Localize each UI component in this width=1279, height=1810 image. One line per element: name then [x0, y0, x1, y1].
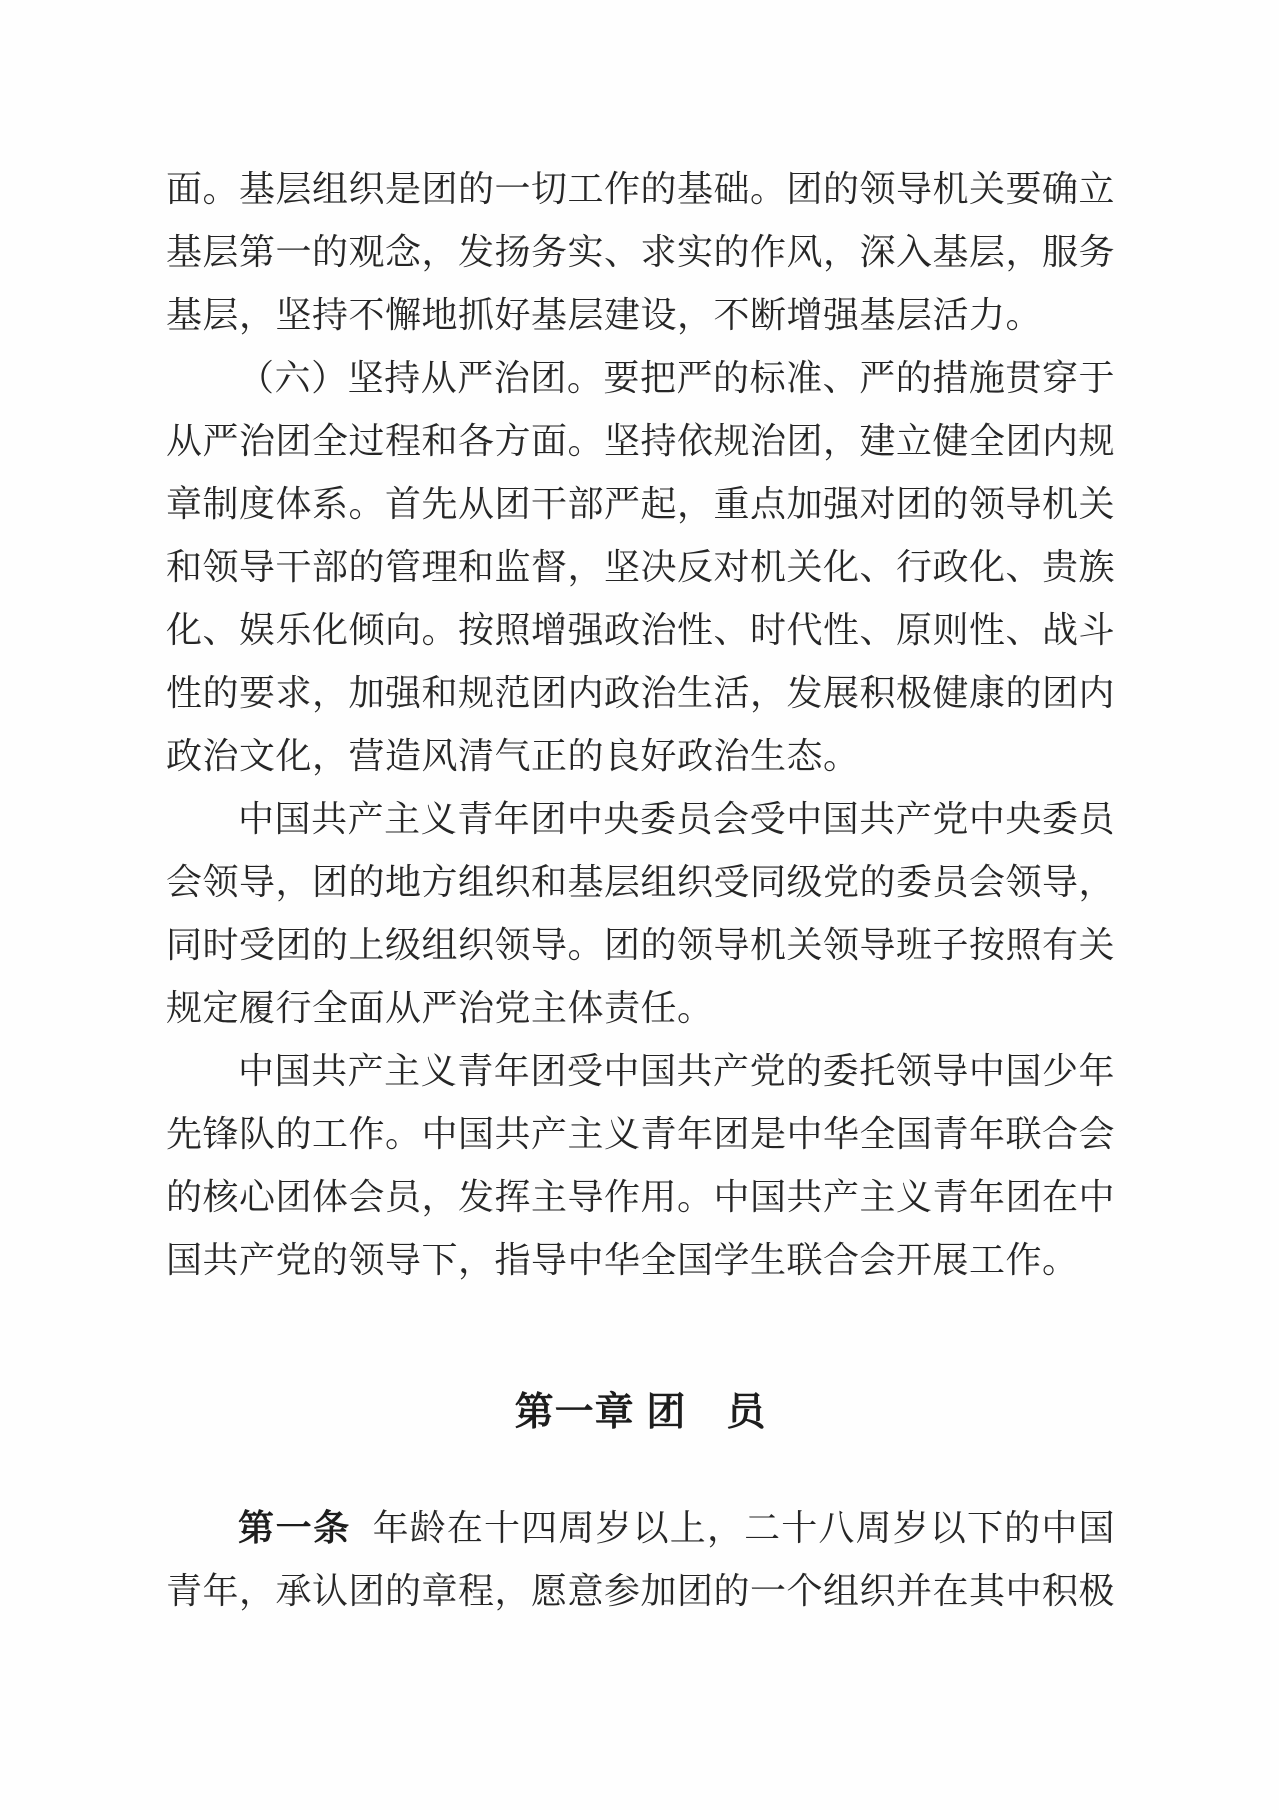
- body-paragraph: 中国共产主义青年团受中国共产党的委托领导中国少年先锋队的工作。中国共产主义青年团…: [166, 1040, 1115, 1292]
- body-paragraph: 面。基层组织是团的一切工作的基础。团的领导机关要确立基层第一的观念，发扬务实、求…: [166, 158, 1115, 347]
- chapter-heading: 第一章 团 员: [166, 1381, 1115, 1444]
- document-page: 面。基层组织是团的一切工作的基础。团的领导机关要确立基层第一的观念，发扬务实、求…: [0, 0, 1279, 1810]
- article-paragraph: 第一条年龄在十四周岁以上，二十八周岁以下的中国青年，承认团的章程，愿意参加团的一…: [166, 1496, 1115, 1623]
- article-number-label: 第一条: [238, 1507, 351, 1548]
- body-paragraph: （六）坚持从严治团。要把严的标准、严的措施贯穿于从严治团全过程和各方面。坚持依规…: [166, 347, 1115, 788]
- body-paragraph: 中国共产主义青年团中央委员会受中国共产党中央委员会领导，团的地方组织和基层组织受…: [166, 788, 1115, 1040]
